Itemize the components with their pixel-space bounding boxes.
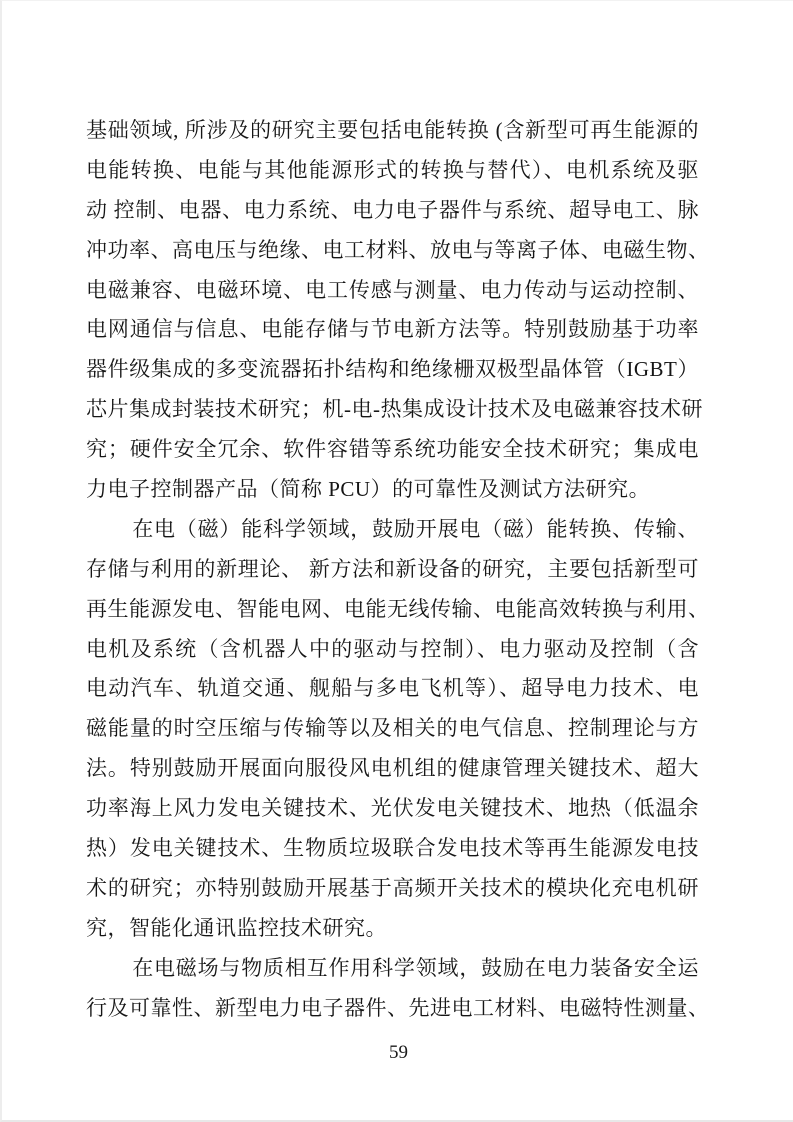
text-line: 功率海上风力发电关键技术、光伏发电关键技术、地热（低温余 xyxy=(86,789,699,829)
paragraph: 在电（磁）能科学领域，鼓励开展电（磁）能转换、传输、存储与利用的新理论、 新方法… xyxy=(86,510,699,949)
paragraph: 在电磁场与物质相互作用科学领域，鼓励在电力装备安全运行及可靠性、新型电力电子器件… xyxy=(86,949,699,1029)
text-line: 在电（磁）能科学领域，鼓励开展电（磁）能转换、传输、 xyxy=(86,510,699,550)
text-line: 术的研究；亦特别鼓励开展基于高频开关技术的模块化充电机研 xyxy=(86,869,699,909)
page-number: 59 xyxy=(2,1041,793,1065)
text-line: 冲功率、高电压与绝缘、电工材料、放电与等离子体、电磁生物、 xyxy=(86,231,699,271)
document-page: 基础领域, 所涉及的研究主要包括电能转换 (含新型可再生能源的电能转换、电能与其… xyxy=(0,0,793,1122)
text-line: 行及可靠性、新型电力电子器件、先进电工材料、电磁特性测量、 xyxy=(86,989,699,1029)
text-line: 究；硬件安全冗余、软件容错等系统功能安全技术研究；集成电 xyxy=(86,430,699,470)
document-body: 基础领域, 所涉及的研究主要包括电能转换 (含新型可再生能源的电能转换、电能与其… xyxy=(86,111,699,1028)
text-line: 电网通信与信息、电能存储与节电新方法等。特别鼓励基于功率 xyxy=(86,310,699,350)
text-line: 器件级集成的多变流器拓扑结构和绝缘栅双极型晶体管（IGBT） xyxy=(86,350,699,390)
text-line: 究，智能化通讯监控技术研究。 xyxy=(86,909,699,949)
text-line: 电能转换、电能与其他能源形式的转换与替代）、电机系统及驱 xyxy=(86,151,699,191)
text-line: 磁能量的时空压缩与传输等以及相关的电气信息、控制理论与方 xyxy=(86,709,699,749)
text-line: 力电子控制器产品（简称 PCU）的可靠性及测试方法研究。 xyxy=(86,470,699,510)
text-line: 热）发电关键技术、生物质垃圾联合发电技术等再生能源发电技 xyxy=(86,829,699,869)
text-line: 法。特别鼓励开展面向服役风电机组的健康管理关键技术、超大 xyxy=(86,749,699,789)
text-line: 再生能源发电、智能电网、电能无线传输、电能高效转换与利用、 xyxy=(86,590,699,630)
text-line: 在电磁场与物质相互作用科学领域，鼓励在电力装备安全运 xyxy=(86,949,699,989)
text-line: 电机及系统（含机器人中的驱动与控制）、电力驱动及控制（含 xyxy=(86,630,699,670)
text-line: 电磁兼容、电磁环境、电工传感与测量、电力传动与运动控制、 xyxy=(86,271,699,311)
text-line: 基础领域, 所涉及的研究主要包括电能转换 (含新型可再生能源的 xyxy=(86,111,699,151)
text-line: 芯片集成封装技术研究；机-电-热集成设计技术及电磁兼容技术研 xyxy=(86,390,699,430)
text-line: 电动汽车、轨道交通、舰船与多电飞机等）、超导电力技术、电 xyxy=(86,669,699,709)
paragraph: 基础领域, 所涉及的研究主要包括电能转换 (含新型可再生能源的电能转换、电能与其… xyxy=(86,111,699,510)
text-line: 存储与利用的新理论、 新方法和新设备的研究，主要包括新型可 xyxy=(86,550,699,590)
text-line: 动 控制、电器、电力系统、电力电子器件与系统、超导电工、脉 xyxy=(86,191,699,231)
